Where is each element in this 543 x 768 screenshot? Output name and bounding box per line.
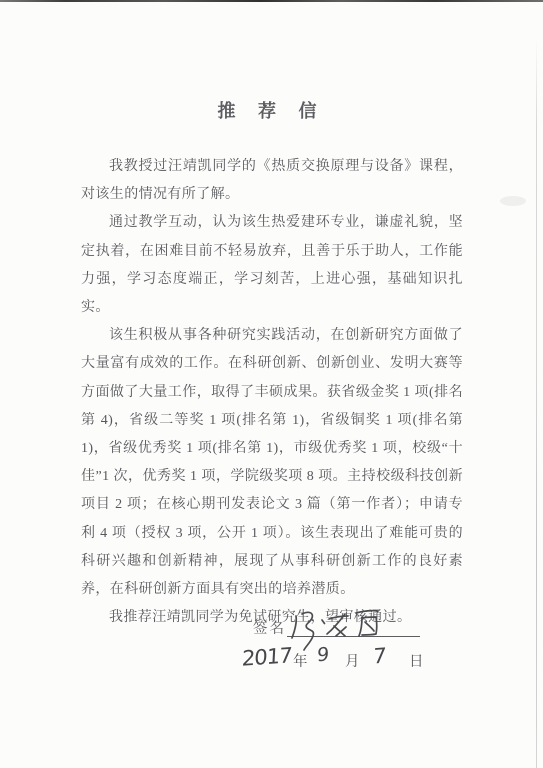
- scanned-letter-page: 推 荐 信 我教授过汪靖凯同学的《热质交换原理与设备》课程，对该生的情况有所了解…: [0, 0, 543, 768]
- paragraph-intro: 我教授过汪靖凯同学的《热质交换原理与设备》课程，对该生的情况有所了解。: [81, 153, 463, 209]
- letter-title: 推 荐 信: [0, 97, 543, 123]
- scan-artifact-smudge: [500, 196, 526, 206]
- month-label: 月: [345, 650, 360, 671]
- handwritten-day: 7: [372, 644, 387, 669]
- scan-artifact-right-edge: [536, 38, 537, 768]
- scan-artifact-top-edge: [0, 0, 543, 2]
- day-label: 日: [409, 650, 424, 671]
- signature-label: 签名: [253, 617, 286, 638]
- year-label: 年: [293, 650, 308, 671]
- signature-line: 签名: [253, 612, 423, 638]
- date-line: 2017 年 9 月 7 日: [240, 641, 440, 683]
- letter-body: 我教授过汪靖凯同学的《热质交换原理与设备》课程，对该生的情况有所了解。 通过教学…: [81, 153, 463, 632]
- paragraph-character: 通过教学互动，认为该生热爱建环专业，谦虚礼貌，坚定执着，在困难目前不轻易放弃，且…: [81, 209, 463, 322]
- handwritten-month: 9: [316, 644, 329, 667]
- paragraph-research-achievements: 该生积极从事各种研究实践活动，在创新研究方面做了大量富有成效的工作。在科研创新、…: [81, 322, 463, 604]
- handwritten-year: 2017: [241, 643, 292, 670]
